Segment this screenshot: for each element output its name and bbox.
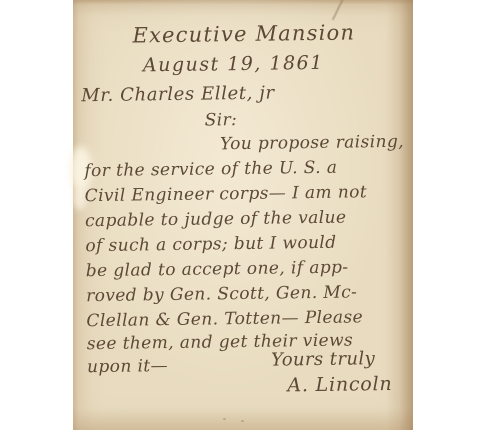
letter-closing: Yours truly bbox=[271, 350, 375, 369]
letter-photograph: Executive Mansion August 19, 1861 Mr. Ch… bbox=[0, 0, 490, 433]
letter-body-line: for the service of the U. S. a bbox=[84, 160, 337, 181]
letter-salutation: Sir: bbox=[205, 112, 238, 129]
letter-heading-date: August 19, 1861 bbox=[143, 54, 324, 76]
letter-body-line: Clellan & Gen. Totten— Please bbox=[86, 309, 363, 330]
letter-body-line: be glad to accept one, if app- bbox=[86, 260, 349, 281]
letter-body-line: roved by Gen. Scott, Gen. Mc- bbox=[86, 284, 357, 305]
letter-body-line: upon it— bbox=[87, 358, 168, 376]
letter-opening-line: You propose raising, bbox=[220, 134, 404, 154]
handwritten-text: Executive Mansion August 19, 1861 Mr. Ch… bbox=[70, 0, 416, 432]
letter-body-line: Civil Engineer corps— I am not bbox=[85, 184, 368, 205]
letter-signature: A. Lincoln bbox=[287, 375, 392, 395]
letter-body-line: capable to judge of the value bbox=[85, 210, 347, 231]
letter-heading-place: Executive Mansion bbox=[132, 22, 355, 46]
letter-body-line: of such a corps; but I would bbox=[85, 235, 336, 256]
letter-paper: Executive Mansion August 19, 1861 Mr. Ch… bbox=[73, 0, 413, 430]
letter-recipient-line: Mr. Charles Ellet, jr bbox=[81, 85, 275, 106]
